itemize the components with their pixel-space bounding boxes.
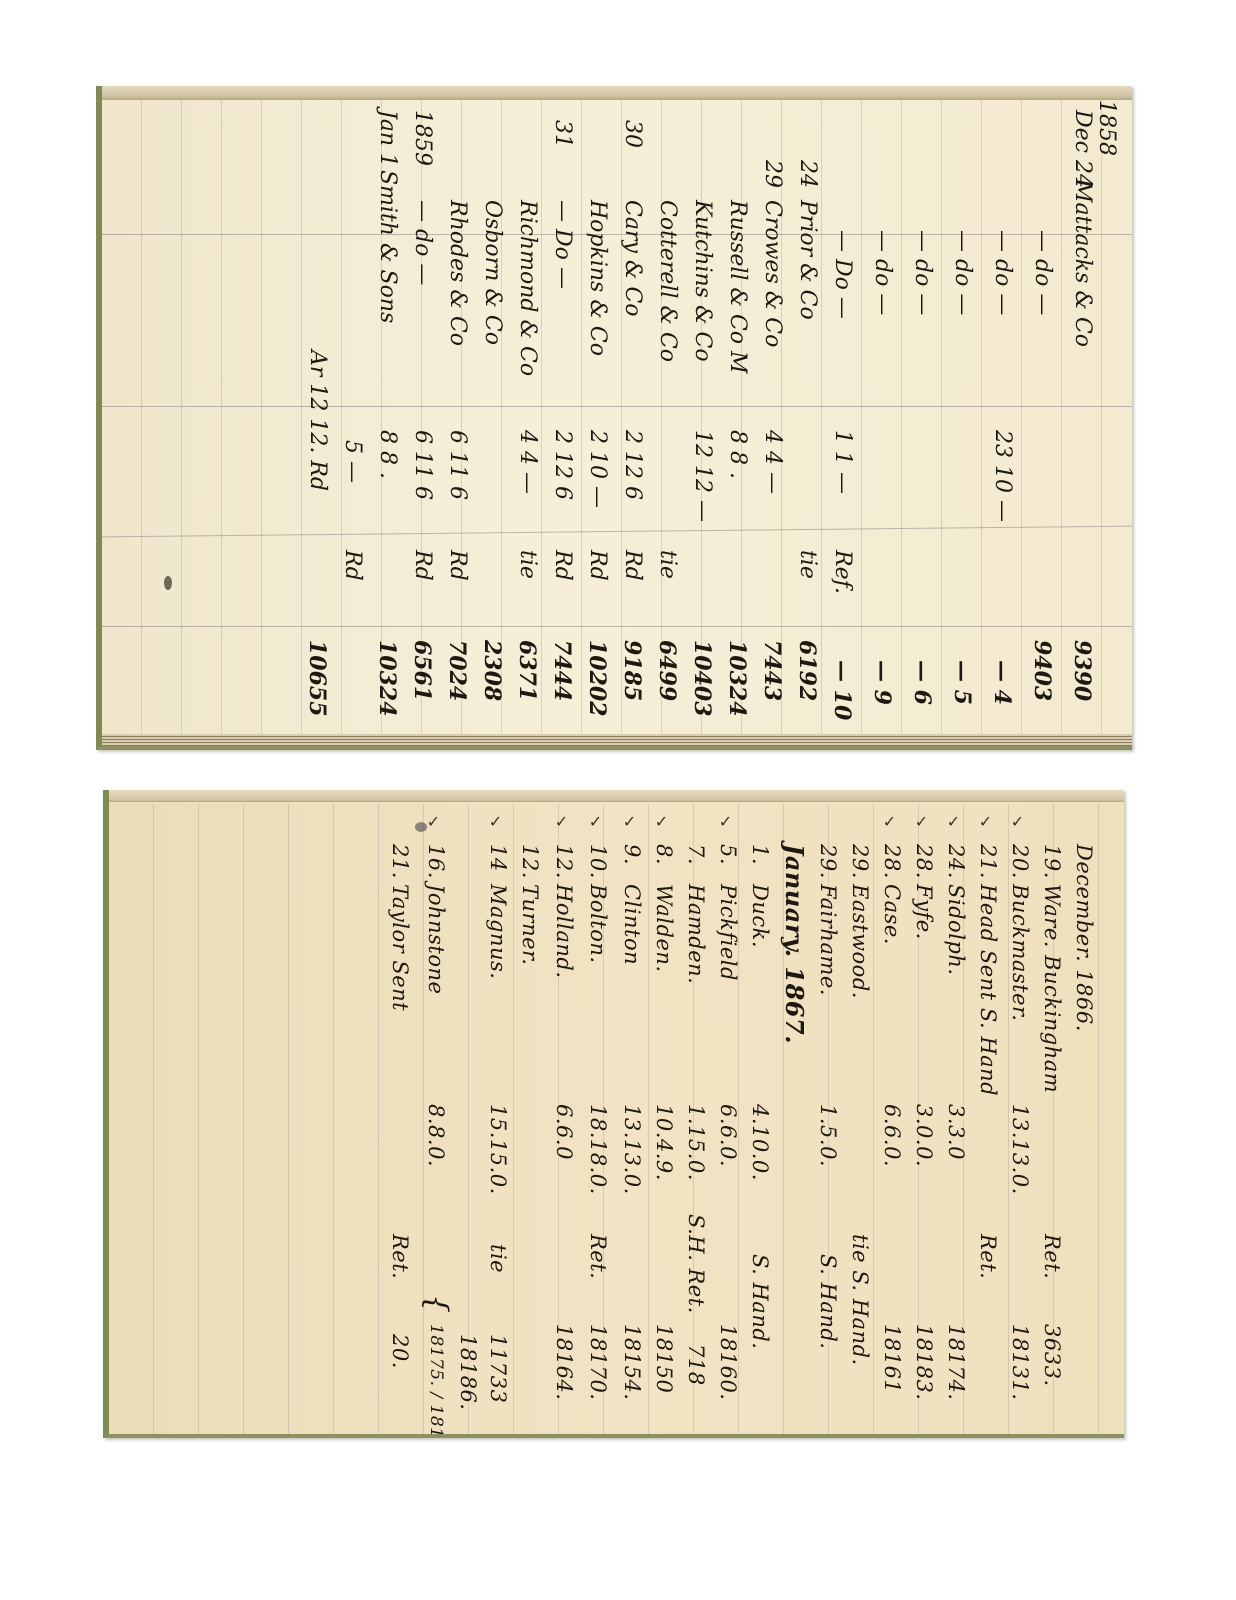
row-date: 30 (612, 120, 652, 148)
table-row: — Do — 1 1 — Ref. — 10 (822, 100, 862, 734)
row-amount: 18.18.0. (578, 1104, 618, 1195)
table-row: — do — 23 10 — — 4 (982, 100, 1022, 734)
page-stack-edge (102, 734, 1132, 746)
row-name: Kutchins & Co (682, 200, 722, 362)
row-name: Bolton. (578, 884, 618, 964)
row-date: 29. (808, 844, 848, 879)
ledger-page-1: 1858 Dec 24 Mattacks & Co 9390 — do — 94… (96, 86, 1132, 750)
table-row: 24 Prior & Co tie 6192 (787, 100, 827, 734)
table-row: 29. Fairhame. 1.5.0. S. Hand. (808, 804, 848, 1422)
row-name: — Do — (822, 230, 862, 319)
row-name: — do — (902, 230, 942, 315)
row-note: S. Hand. (808, 1254, 848, 1349)
row-amount: 12 12 — (682, 430, 722, 522)
row-total: 6561 (402, 640, 442, 701)
row-amount: Ar 12 12. Rd (297, 350, 337, 491)
check-mark-icon: ✓ (912, 812, 931, 831)
row-date: 9. (612, 844, 652, 865)
row-total: 9390 (1062, 640, 1102, 701)
row-amount: 13.13.0. (612, 1104, 652, 1195)
row-total: 9403 (1022, 640, 1062, 701)
row-total: 10324 (367, 640, 407, 717)
table-row: Richmond & Co 4 4 — tie 6371 (507, 100, 547, 734)
row-amount: 8 8 . (717, 430, 757, 479)
ledger-rows: December. 1866. 19. Ware. Buckingham Ret… (109, 804, 1124, 1422)
table-row: 29 Crowes & Co 4 4 — 7443 (752, 100, 792, 734)
row-total: — 6 (902, 660, 942, 705)
row-amount: 4 4 — (507, 430, 547, 494)
page-binding-edge (102, 86, 1132, 100)
row-date: 24 (787, 160, 827, 188)
table-row: Jan 1 Smith & Sons 8 8 . 10324 (367, 100, 407, 734)
check-mark-icon: ✓ (716, 812, 735, 831)
table-row: — do — 9403 (1022, 100, 1062, 734)
row-total: — 4 (982, 660, 1022, 705)
row-total: 10403 (682, 640, 722, 717)
row-total: 10324 (717, 640, 757, 717)
table-row: Cotterell & Co tie 6499 (647, 100, 687, 734)
row-total: 9185 (612, 640, 652, 701)
table-row: ✓ 12. Holland. 6.6.0 18164. (544, 804, 584, 1422)
row-name: Russell & Co M (717, 200, 757, 374)
row-date: 10. (578, 844, 618, 879)
row-name: Crowes & Co (752, 200, 792, 347)
table-row: Russell & Co M 8 8 . 10324 (717, 100, 757, 734)
row-total: 7443 (752, 640, 792, 701)
check-mark-icon: ✓ (424, 812, 443, 831)
row-ref: 18170. (578, 1324, 618, 1400)
row-name: Prior & Co (787, 200, 827, 320)
row-total: 6192 (787, 640, 827, 701)
row-ref: Ref. (822, 550, 862, 594)
ledger-page-2: December. 1866. 19. Ware. Buckingham Ret… (103, 790, 1124, 1438)
row-amount: 8.8.0. (416, 1104, 456, 1167)
row-ref: tie (507, 550, 547, 579)
row-ref: 18164. (544, 1324, 584, 1400)
table-row: 31 — Do — 2 12 6 Rd 7444 (542, 100, 582, 734)
row-total: 7444 (542, 640, 582, 701)
row-total: — 10 (822, 660, 862, 720)
row-amount: 2 10 — (577, 430, 617, 508)
row-date: 31 (542, 120, 582, 148)
row-name: — do — (1022, 230, 1062, 315)
table-row: 30 Cary & Co 2 12 6 Rd 9185 (612, 100, 652, 734)
row-name: — do — (942, 230, 982, 315)
row-ref: tie (647, 550, 687, 579)
table-row: ✓ 16. Johnstone 8.8.0. { 18175. / 18176. (416, 804, 456, 1422)
row-ref: Rd (542, 550, 582, 581)
row-name: Mattacks & Co (1062, 180, 1102, 347)
row-total: 7024 (437, 640, 477, 701)
check-mark-icon: ✓ (880, 812, 899, 831)
section-heading: January. 1867. (774, 844, 814, 1044)
table-row: 21. Taylor Sent Ret. 20. (380, 804, 420, 1422)
row-amount: 5 — (332, 440, 372, 483)
row-total: — 9 (862, 660, 902, 705)
row-name: Johnstone (416, 884, 456, 994)
table-row: Dec 24 Mattacks & Co 9390 (1062, 100, 1102, 734)
table-row: ✓ 9. Clinton 13.13.0. 18154. (612, 804, 652, 1422)
table-row: 1859 — do — 6 11 6 Rd 6561 (402, 100, 442, 734)
row-date: 1859 (402, 110, 442, 166)
row-name: Richmond & Co (507, 200, 547, 376)
row-ref: Rd (332, 550, 372, 581)
row-ref: Rd (402, 550, 442, 581)
row-date: 21. (380, 844, 420, 879)
row-date: 16. (416, 844, 456, 879)
row-total: 2308 (472, 640, 512, 701)
row-total: 10655 (297, 640, 337, 717)
check-mark-icon: ✓ (976, 812, 995, 831)
row-amount: 1.5.0. (808, 1104, 848, 1167)
row-name: Rhodes & Co (437, 200, 477, 346)
check-mark-icon: ✓ (486, 812, 505, 831)
row-note: Ret. (578, 1234, 618, 1279)
row-ref: 18154. (612, 1324, 652, 1400)
row-ref: Rd (577, 550, 617, 581)
row-amount: 2 12 6 (612, 430, 652, 500)
row-amount: 1 1 — (822, 430, 862, 494)
row-amount: 4 4 — (752, 430, 792, 494)
row-amount: 8 8 . (367, 430, 407, 479)
check-mark-icon: ✓ (620, 812, 639, 831)
table-row: January. 1867. (774, 804, 814, 1422)
row-name: Smith & Sons (367, 170, 407, 323)
row-amount: 23 10 — (982, 430, 1022, 522)
row-amount: 2 12 6 (542, 430, 582, 500)
row-total: 6499 (647, 640, 687, 701)
row-name: — do — (402, 200, 442, 285)
row-note: Ret. (380, 1234, 420, 1279)
check-mark-icon: ✓ (586, 812, 605, 831)
row-total: — 5 (942, 660, 982, 705)
row-date: Dec 24 (1062, 110, 1102, 188)
row-name: — do — (862, 230, 902, 315)
page-binding-edge (109, 790, 1124, 802)
row-date: 29 (752, 160, 792, 188)
row-amount: 6 11 6 (437, 430, 477, 500)
table-row: Ar 12 12. Rd 10655 (297, 100, 337, 734)
ledger-rows: 1858 Dec 24 Mattacks & Co 9390 — do — 94… (102, 100, 1132, 734)
row-ref: tie (787, 550, 827, 579)
row-amount: 6.6.0 (544, 1104, 584, 1160)
row-ref: 20. (380, 1334, 420, 1369)
row-name: — Do — (542, 200, 582, 289)
table-row: ✓ 10. Bolton. 18.18.0. Ret. 18170. (578, 804, 618, 1422)
row-name: — do — (982, 230, 1022, 315)
row-name: Fairhame. (808, 884, 848, 996)
check-mark-icon: ✓ (652, 812, 671, 831)
row-amount: 6 11 6 (402, 430, 442, 500)
table-row: Hopkins & Co 2 10 — Rd 10202 (577, 100, 617, 734)
row-date: 12. (544, 844, 584, 879)
row-name: Cotterell & Co (647, 200, 687, 362)
row-name: Cary & Co (612, 200, 652, 317)
row-total: 10202 (577, 640, 617, 717)
check-mark-icon: ✓ (552, 812, 571, 831)
table-row: — do — — 9 (862, 100, 902, 734)
row-name: Clinton (612, 884, 652, 965)
row-name: Hopkins & Co (577, 200, 617, 356)
row-ref: Rd (437, 550, 477, 581)
table-row: Rhodes & Co 6 11 6 Rd 7024 (437, 100, 477, 734)
table-row: Kutchins & Co 12 12 — 10403 (682, 100, 722, 734)
row-ref: Rd (612, 550, 652, 581)
brace-icon: { (416, 1294, 456, 1314)
row-ref: 18175. / 18176. (416, 1324, 456, 1438)
table-row: 5 — Rd (332, 100, 372, 734)
table-row: — do — — 6 (902, 100, 942, 734)
row-name: Holland. (544, 884, 584, 979)
row-total: 6371 (507, 640, 547, 701)
row-date: Jan 1 (367, 110, 407, 167)
row-name: Osborn & Co (472, 200, 512, 345)
table-row: Osborn & Co 2308 (472, 100, 512, 734)
check-mark-icon: ✓ (1008, 812, 1027, 831)
table-row: — do — — 5 (942, 100, 982, 734)
row-name: Taylor Sent (380, 884, 420, 1011)
check-mark-icon: ✓ (944, 812, 963, 831)
